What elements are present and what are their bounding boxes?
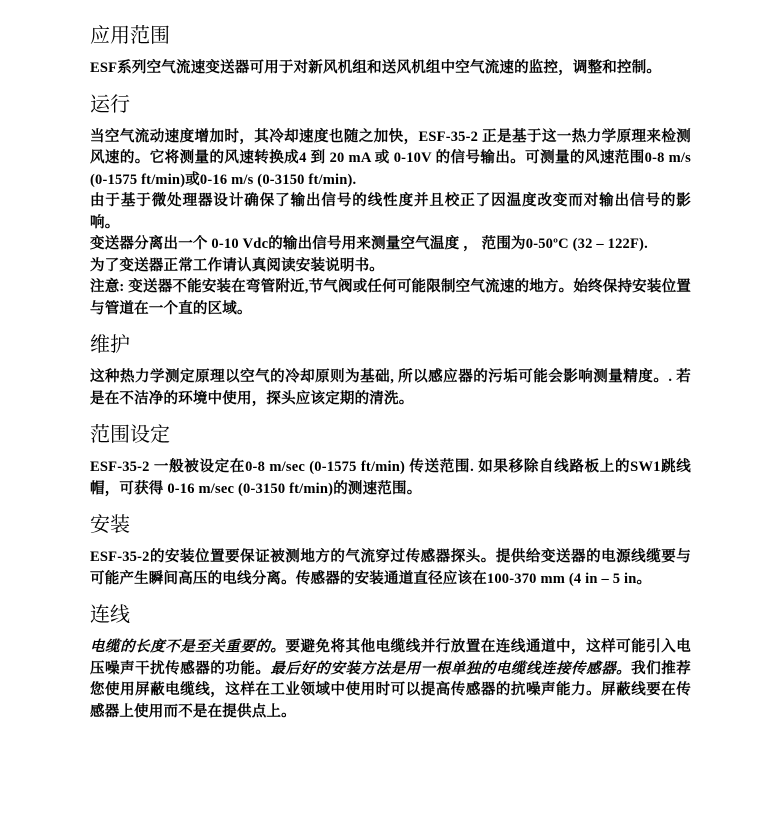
text-run: 当空气流动速度增加时，其冷却速度也随之加快，ESF-35-2 正是基于这一热力学… — [90, 129, 691, 188]
section-paragraphs: 当空气流动速度增加时，其冷却速度也随之加快，ESF-35-2 正是基于这一热力学… — [90, 127, 691, 321]
section-heading: 维护 — [90, 333, 691, 357]
paragraph: ESF-35-2的安装位置要保证被测地方的气流穿过传感器探头。提供给变送器的电源… — [90, 547, 691, 590]
paragraph: ESF-35-2 一般被设定在0-8 m/sec (0-1575 ft/min)… — [90, 457, 691, 500]
paragraph: ESF系列空气流速变送器可用于对新风机组和送风机组中空气流速的监控，调整和控制。 — [90, 58, 691, 80]
text-run: ESF-35-2的安装位置要保证被测地方的气流穿过传感器探头。提供给变送器的电源… — [90, 549, 691, 587]
text-run: 最后好的安装方法是用一根单独的电缆线连接传感器。 — [270, 661, 631, 677]
section-range-setting: 范围设定 ESF-35-2 一般被设定在0-8 m/sec (0-1575 ft… — [90, 423, 691, 500]
section-heading: 应用范围 — [90, 24, 691, 48]
section-operation: 运行 当空气流动速度增加时，其冷却速度也随之加快，ESF-35-2 正是基于这一… — [90, 93, 691, 321]
text-run: 这种热力学测定原理以空气的冷却原则为基础, 所以感应器的污垢可能会影响测量精度。… — [90, 369, 691, 407]
section-heading: 安装 — [90, 513, 691, 537]
section-heading: 连线 — [90, 603, 691, 627]
section-paragraphs: 电缆的长度不是至关重要的。要避免将其他电缆线并行放置在连线通道中，这样可能引入电… — [90, 637, 691, 723]
text-run: 变送器分离出一个 0-10 Vdc的输出信号用来测量空气温度 ， 范围为0-50… — [90, 236, 648, 252]
text-run: ESF-35-2 一般被设定在0-8 m/sec (0-1575 ft/min)… — [90, 459, 691, 497]
paragraph: 当空气流动速度增加时，其冷却速度也随之加快，ESF-35-2 正是基于这一热力学… — [90, 127, 691, 192]
section-installation: 安装 ESF-35-2的安装位置要保证被测地方的气流穿过传感器探头。提供给变送器… — [90, 513, 691, 590]
section-heading: 范围设定 — [90, 423, 691, 447]
section-heading: 运行 — [90, 93, 691, 117]
document-page: 应用范围 ESF系列空气流速变送器可用于对新风机组和送风机组中空气流速的监控，调… — [0, 0, 779, 816]
text-run: 注意: 变送器不能安装在弯管附近,节气阀或任何可能限制空气流速的地方。始终保持安… — [90, 279, 691, 317]
section-paragraphs: 这种热力学测定原理以空气的冷却原则为基础, 所以感应器的污垢可能会影响测量精度。… — [90, 367, 691, 410]
section-wiring: 连线 电缆的长度不是至关重要的。要避免将其他电缆线并行放置在连线通道中，这样可能… — [90, 603, 691, 723]
section-maintenance: 维护 这种热力学测定原理以空气的冷却原则为基础, 所以感应器的污垢可能会影响测量… — [90, 333, 691, 410]
paragraph: 电缆的长度不是至关重要的。要避免将其他电缆线并行放置在连线通道中，这样可能引入电… — [90, 637, 691, 723]
paragraph: 为了变送器正常工作请认真阅读安装说明书。 — [90, 256, 691, 278]
text-run: 为了变送器正常工作请认真阅读安装说明书。 — [90, 258, 384, 274]
text-run: 由于基于微处理器设计确保了输出信号的线性度并且校正了因温度改变而对输出信号的影响… — [90, 193, 691, 231]
paragraph: 这种热力学测定原理以空气的冷却原则为基础, 所以感应器的污垢可能会影响测量精度。… — [90, 367, 691, 410]
section-paragraphs: ESF-35-2的安装位置要保证被测地方的气流穿过传感器探头。提供给变送器的电源… — [90, 547, 691, 590]
section-paragraphs: ESF-35-2 一般被设定在0-8 m/sec (0-1575 ft/min)… — [90, 457, 691, 500]
section-application-scope: 应用范围 ESF系列空气流速变送器可用于对新风机组和送风机组中空气流速的监控，调… — [90, 24, 691, 80]
section-paragraphs: ESF系列空气流速变送器可用于对新风机组和送风机组中空气流速的监控，调整和控制。 — [90, 58, 691, 80]
paragraph: 注意: 变送器不能安装在弯管附近,节气阀或任何可能限制空气流速的地方。始终保持安… — [90, 277, 691, 320]
text-run: 电缆的长度不是至关重要的。 — [90, 639, 285, 655]
paragraph: 变送器分离出一个 0-10 Vdc的输出信号用来测量空气温度 ， 范围为0-50… — [90, 234, 691, 256]
paragraph: 由于基于微处理器设计确保了输出信号的线性度并且校正了因温度改变而对输出信号的影响… — [90, 191, 691, 234]
text-run: ESF系列空气流速变送器可用于对新风机组和送风机组中空气流速的监控，调整和控制。 — [90, 60, 661, 76]
